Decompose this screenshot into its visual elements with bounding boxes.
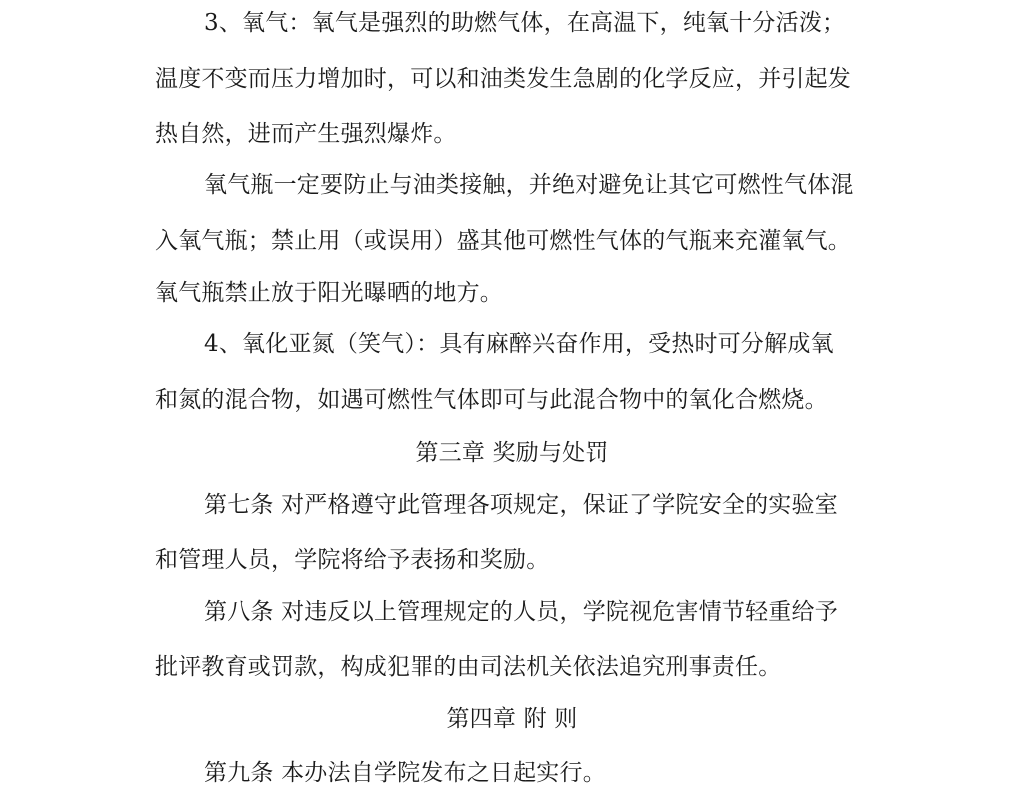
article-9-line-1: 第九条 本办法自学院发布之日起实行。 (204, 758, 874, 788)
article-8-line-1: 第八条 对违反以上管理规定的人员，学院视危害情节轻重给予 (204, 597, 874, 627)
document-page: 3、氧气：氧气是强烈的助燃气体，在高温下，纯氧十分活泼； 温度不变而压力增加时，… (0, 0, 1024, 810)
paragraph-oxygen-line-1: 3、氧气：氧气是强烈的助燃气体，在高温下，纯氧十分活泼； (204, 8, 874, 38)
chapter-3-heading: 第三章 奖励与处罚 (0, 438, 1024, 468)
article-7-line-1: 第七条 对严格遵守此管理各项规定，保证了学院安全的实验室 (204, 490, 874, 520)
paragraph-cylinder-line-3: 氧气瓶禁止放于阳光曝晒的地方。 (155, 278, 875, 308)
article-7-line-2: 和管理人员，学院将给予表扬和奖励。 (155, 545, 875, 575)
paragraph-nitrous-oxide-line-2: 和氮的混合物，如遇可燃性气体即可与此混合物中的氧化合燃烧。 (155, 385, 875, 415)
paragraph-oxygen-line-3: 热自然，进而产生强烈爆炸。 (155, 119, 875, 149)
paragraph-nitrous-oxide-line-1: 4、氧化亚氮（笑气）：具有麻醉兴奋作用，受热时可分解成氧 (204, 329, 874, 359)
chapter-4-heading: 第四章 附 则 (0, 704, 1024, 734)
paragraph-cylinder-line-2: 入氧气瓶；禁止用（或误用）盛其他可燃性气体的气瓶来充灌氧气。 (155, 226, 875, 256)
paragraph-cylinder-line-1: 氧气瓶一定要防止与油类接触，并绝对避免让其它可燃性气体混 (204, 170, 874, 200)
article-8-line-2: 批评教育或罚款，构成犯罪的由司法机关依法追究刑事责任。 (155, 652, 875, 682)
paragraph-oxygen-line-2: 温度不变而压力增加时，可以和油类发生急剧的化学反应，并引起发 (155, 64, 875, 94)
